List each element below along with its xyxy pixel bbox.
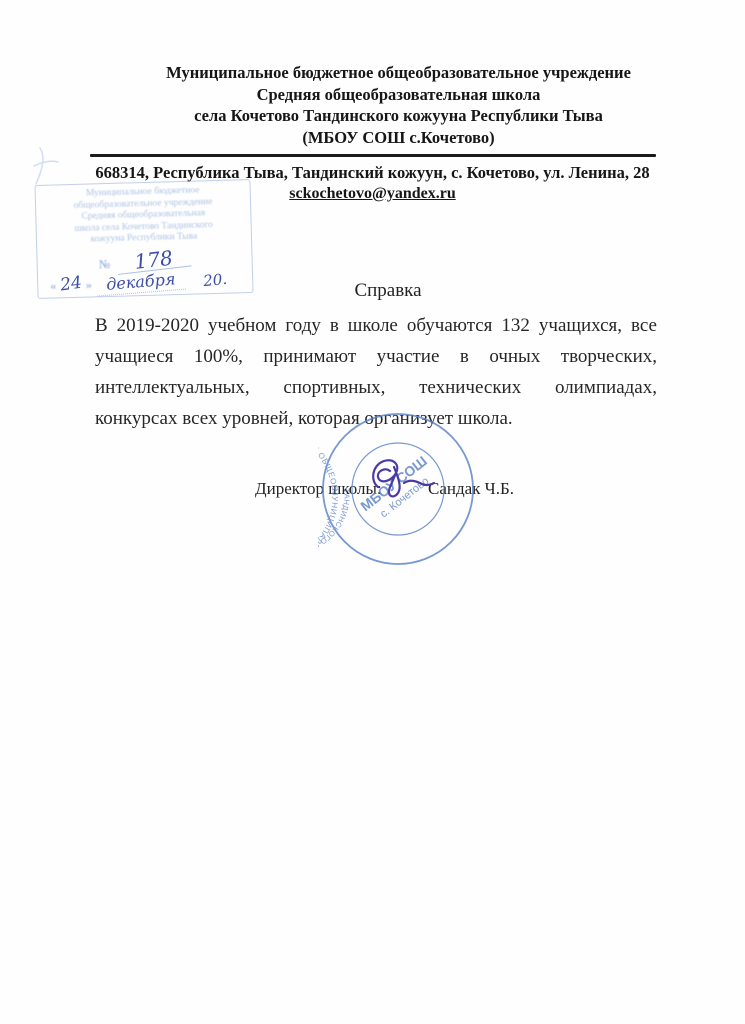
address-line: 668314, Республика Тыва, Тандинский кожу… xyxy=(50,162,695,183)
org-name-line3: села Кочетово Тандинского кожууна Респуб… xyxy=(52,105,745,127)
document-title: Справка xyxy=(95,280,669,302)
org-name-line2: Средняя общеобразовательная школа xyxy=(52,84,745,106)
director-signature xyxy=(352,453,442,508)
handwritten-day: 24 xyxy=(59,272,83,295)
org-name-line4: (МБОУ СОШ с.Кочетово) xyxy=(52,127,745,149)
stamp-close-quote: » xyxy=(86,277,92,292)
stamp-open-quote: « xyxy=(50,278,56,293)
header-rule xyxy=(90,154,656,157)
stamp-number-label: № xyxy=(99,256,111,271)
org-name-line1: Муниципальное бюджетное общеобразователь… xyxy=(52,62,745,84)
document-page: Муниципальное бюджетное общеобразователь… xyxy=(0,0,745,1024)
org-header: Муниципальное бюджетное общеобразователь… xyxy=(0,62,745,148)
